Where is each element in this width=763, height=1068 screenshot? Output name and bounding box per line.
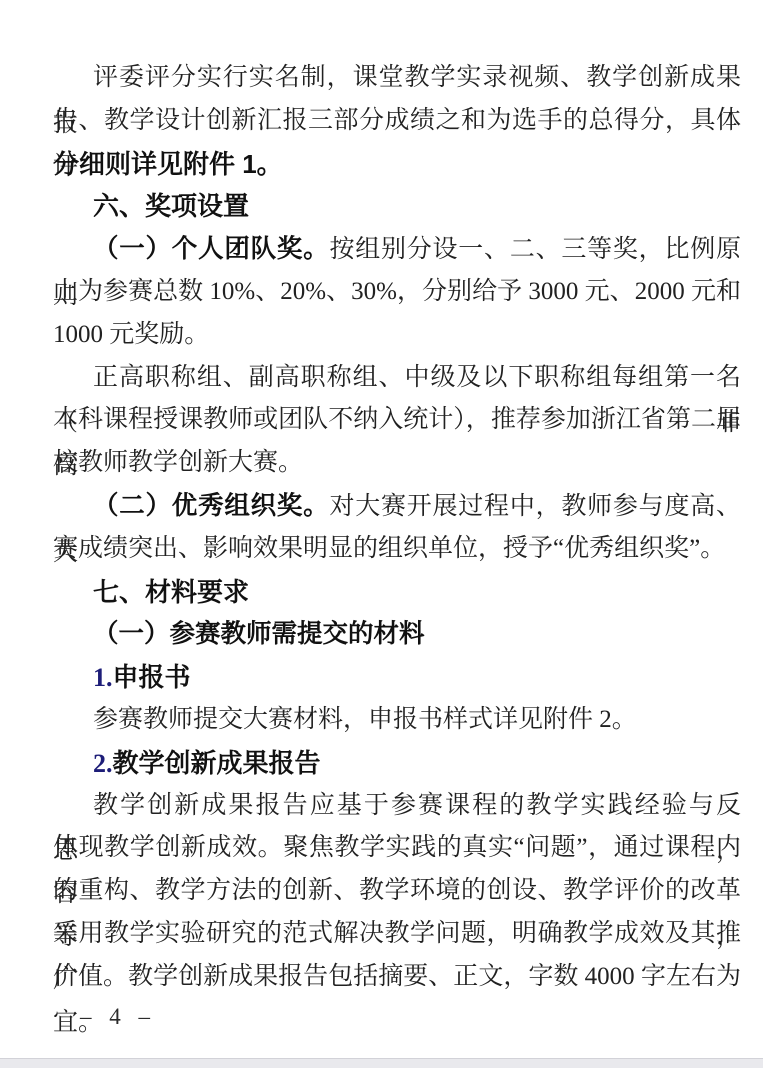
para-application-form-body: 参赛教师提交大赛材料，申报书样式详见附件 2。 — [53, 699, 741, 742]
text-segment-fs: 赛成绩突出、影响效果明显的组织单位，授予“优秀组织奖”。 — [53, 535, 725, 562]
heading-item-2-innovation-report: 2.教学创新成果报告 — [53, 742, 741, 785]
para-innovation-report-body: 教学创新成果报告应基于参赛课程的教学实践经验与反思，体现教学创新成效。聚焦教学实… — [53, 785, 741, 999]
para-excellent-organization-award: （二）优秀组织奖。对大赛开展过程中，教师参与度高、大赛成绩突出、影响效果明显的组… — [53, 485, 741, 571]
text-segment-hei: 六、奖项设置 — [93, 191, 249, 221]
text-segment-num: 2. — [93, 749, 113, 778]
text-line: （一）个人团队奖。按组别分设一、二、三等奖，比例原则 — [53, 228, 741, 271]
text-line: 体现教学创新成效。聚焦教学实践的真实“问题”，通过课程内容 — [53, 827, 741, 870]
text-line: 教学创新成果报告应基于参赛课程的教学实践经验与反思， — [53, 785, 741, 828]
text-segment-kai: （一）参赛教师需提交的材料 — [93, 619, 425, 648]
para-scoring-rule: 评委评分实行实名制，课堂教学实录视频、教学创新成果报告、教学设计创新汇报三部分成… — [53, 57, 741, 185]
para-group-first-place: 正高职称组、副高职称组、中级及以下职称组每组第一名（非本科课程授课教师或团队不纳… — [53, 357, 741, 485]
text-segment-kai: （一）个人团队奖。 — [93, 234, 329, 263]
text-segment-fs: 价值。教学创新成果报告包括摘要、正文，字数 4000 字左右为宜。 — [53, 963, 741, 1036]
text-line: 1000 元奖励。 — [53, 314, 741, 357]
text-line: 七、材料要求 — [53, 571, 741, 614]
text-segment-hei: 申报书 — [113, 662, 191, 692]
page-number: – 4 – — [80, 1004, 156, 1030]
text-segment-hei: 七、材料要求 — [93, 577, 249, 607]
text-line: 六、奖项设置 — [53, 185, 741, 228]
text-segment-fs: 1000 元奖励。 — [53, 321, 209, 348]
text-line: （一）参赛教师需提交的材料 — [53, 613, 741, 656]
text-segment-fs: 上为参赛总数 10%、20%、30%，分别给予 3000 元、2000 元和 — [53, 278, 741, 305]
heading-item-1-application-form: 1.申报书 — [53, 656, 741, 699]
text-segment-fs: 参赛教师提交大赛材料，申报书样式详见附件 2。 — [93, 706, 637, 733]
text-line: 的重构、教学方法的创新、教学环境的创设、教学评价的改革等， — [53, 870, 741, 913]
text-line: 正高职称组、副高职称组、中级及以下职称组每组第一名（非 — [53, 357, 741, 400]
text-line: 2.教学创新成果报告 — [53, 742, 741, 785]
text-line: 评委评分实行实名制，课堂教学实录视频、教学创新成果报 — [53, 57, 741, 100]
text-line: 上为参赛总数 10%、20%、30%，分别给予 3000 元、2000 元和 — [53, 271, 741, 314]
text-line: 分细则详见附件 1。 — [53, 143, 741, 186]
text-line: 1.申报书 — [53, 656, 741, 699]
text-line: 赛成绩突出、影响效果明显的组织单位，授予“优秀组织奖”。 — [53, 528, 741, 571]
text-segment-hei: 教学创新成果报告 — [113, 748, 321, 778]
text-segment-hei: 分细则详见附件 1。 — [53, 149, 283, 179]
text-line: 参赛教师提交大赛材料，申报书样式详见附件 2。 — [53, 699, 741, 742]
text-line: 采用教学实验研究的范式解决教学问题，明确教学成效及其推广 — [53, 913, 741, 956]
text-segment-num: 1. — [93, 663, 113, 692]
heading-section-6-awards: 六、奖项设置 — [53, 185, 741, 228]
text-line: （二）优秀组织奖。对大赛开展过程中，教师参与度高、大 — [53, 485, 741, 528]
text-segment-kai: （二）优秀组织奖。 — [93, 491, 329, 520]
text-line: 告、教学设计创新汇报三部分成绩之和为选手的总得分，具体评 — [53, 100, 741, 143]
text-segment-fs: 校教师教学创新大赛。 — [53, 449, 303, 476]
text-line: 价值。教学创新成果报告包括摘要、正文，字数 4000 字左右为宜。 — [53, 956, 741, 999]
para-individual-team-award: （一）个人团队奖。按组别分设一、二、三等奖，比例原则上为参赛总数 10%、20%… — [53, 228, 741, 356]
heading-materials-to-submit: （一）参赛教师需提交的材料 — [53, 613, 741, 656]
document-page: 评委评分实行实名制，课堂教学实录视频、教学创新成果报告、教学设计创新汇报三部分成… — [0, 0, 763, 1068]
text-line: 本科课程授课教师或团队不纳入统计），推荐参加浙江省第二届高 — [53, 399, 741, 442]
heading-section-7-materials: 七、材料要求 — [53, 571, 741, 614]
text-line: 校教师教学创新大赛。 — [53, 442, 741, 485]
document-content: 评委评分实行实名制，课堂教学实录视频、教学创新成果报告、教学设计创新汇报三部分成… — [53, 57, 741, 999]
page-bottom-edge — [0, 1058, 763, 1068]
